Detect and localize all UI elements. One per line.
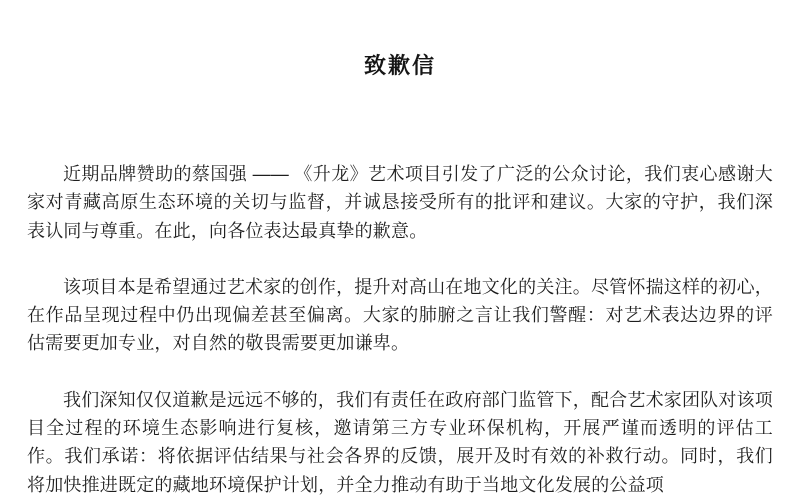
document-title: 致歉信: [27, 52, 773, 79]
paragraph-remediation-commitment: 我们深知仅仅道歉是远远不够的，我们有责任在政府部门监管下，配合艺术家团队对该项目…: [27, 386, 773, 499]
letter-body: 近期品牌赞助的蔡国强 —— 《升龙》艺术项目引发了广泛的公众讨论，我们衷心感谢大…: [27, 160, 773, 499]
apology-letter-page: 致歉信 近期品牌赞助的蔡国强 —— 《升龙》艺术项目引发了广泛的公众讨论，我们衷…: [0, 0, 800, 500]
paragraph-opening-apology: 近期品牌赞助的蔡国强 —— 《升龙》艺术项目引发了广泛的公众讨论，我们衷心感谢大…: [27, 160, 773, 245]
paragraph-project-intent: 该项目本是希望通过艺术家的创作，提升对高山在地文化的关注。尽管怀揣这样的初心，在…: [27, 273, 773, 358]
